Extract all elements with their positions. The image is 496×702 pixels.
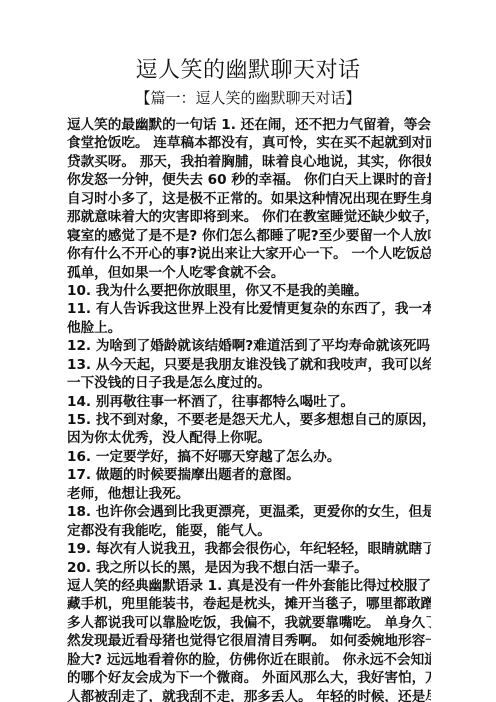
text-line: 贷款买呀。 那天，我拍着胸脯，昧着良心地说，其实，你很好看。: [67, 153, 431, 171]
text-line: 你有什么不开心的事?说出来让大家开心一下。 一个人吃饭总觉得很: [67, 245, 431, 263]
text-line: 13. 从今天起，只要是我朋友谁没钱了就和我吱声，我可以给你讲述: [67, 356, 431, 374]
text-line: 18. 也许你会遇到比我更漂亮，更温柔，更爱你的女生，但是她们肯: [67, 503, 431, 521]
text-line: 脸大? 远远地看着你的脸，仿佛你近在眼前。 你永远不会知道，你: [67, 651, 431, 669]
text-line: 藏手机，兜里能装书，卷起是枕头，摊开当毯子，哪里都敢蹭。 很: [67, 595, 431, 613]
text-line: 12. 为啥到了婚龄就该结婚啊?难道活到了平均寿命就该死吗!: [67, 337, 431, 355]
text-line: 然发现最近看母猪也觉得它很眉清目秀啊。 如何委婉地形容一个人: [67, 632, 431, 650]
text-line: 10. 我为什么要把你放眼里，你又不是我的美瞳。: [67, 282, 431, 300]
text-line: 一下没钱的日子我是怎么度过的。: [67, 374, 431, 392]
text-line: 他脸上。: [67, 319, 431, 337]
document-title: 逗人笑的幽默聊天对话: [0, 58, 496, 84]
text-line: 15. 找不到对象，不要老是怨天尤人，要多想想自己的原因，也许是: [67, 411, 431, 429]
document-body: 逗人笑的最幽默的一句话 1. 还在闹，还不把力气留着，等会儿好去食堂抢饭吃。 连…: [67, 116, 431, 702]
text-line: 16. 一定要学好，搞不好哪天穿越了怎么办。: [67, 448, 431, 466]
text-line: 多人都说我可以靠脸吃饭，我偏不，我就要靠嘴吃。 单身久了，突: [67, 614, 431, 632]
text-line: 自习时小多了，这是极不正常的。如果这种情况出现在野生身上，: [67, 190, 431, 208]
text-line: 食堂抢饭吃。 连草稿本都没有，真可怜，实在买不起就到对面银行: [67, 134, 431, 152]
text-line: 17. 做题的时候要揣摩出题者的意图。: [67, 466, 431, 484]
text-line: 老师，他想让我死。: [67, 485, 431, 503]
text-line: 逗人笑的最幽默的一句话 1. 还在闹，还不把力气留着，等会儿好去: [67, 116, 431, 134]
text-line: 寝室的感觉了是不是? 你们怎么都睡了呢?至少要留一个人放哨嘛!: [67, 227, 431, 245]
document-subtitle: 【篇一：逗人笑的幽默聊天对话】: [0, 88, 496, 108]
text-line: 孤单，但如果一个人吃零食就不会。: [67, 264, 431, 282]
text-line: 因为你太优秀，没人配得上你呢。: [67, 429, 431, 447]
text-line: 20. 我之所以长的黑，是因为我不想白活一辈子。: [67, 559, 431, 577]
text-line: 14. 别再敬往事一杯酒了，往事都特么喝吐了。: [67, 393, 431, 411]
text-line: 人都被刮走了，就我刮不走，那多丢人。 年轻的时候，还是尽量不: [67, 688, 431, 702]
text-line: 19. 每次有人说我丑，我都会很伤心，年纪轻轻，眼睛就瞎了。: [67, 540, 431, 558]
text-line: 你发怒一分钟，便失去 60 秒的幸福。 你们白天上课时的音量比上晚: [67, 171, 431, 189]
text-line: 逗人笑的经典幽默语录 1. 真是没有一件外套能比得过校服了，袖子: [67, 577, 431, 595]
document-page: 逗人笑的幽默聊天对话 【篇一：逗人笑的幽默聊天对话】 逗人笑的最幽默的一句话 1…: [0, 0, 496, 702]
text-line: 那就意味着大的灾害即将到来。 你们在教室睡觉还缺少蚊子，没有: [67, 208, 431, 226]
text-line: 定都没有我能吃，能耍，能气人。: [67, 522, 431, 540]
text-line: 的哪个好友会成为下一个微商。 外面风那么大，我好害怕，万一别: [67, 669, 431, 687]
text-line: 11. 有人告诉我这世界上没有比爱情更复杂的东西了，我一本书甩在: [67, 300, 431, 318]
